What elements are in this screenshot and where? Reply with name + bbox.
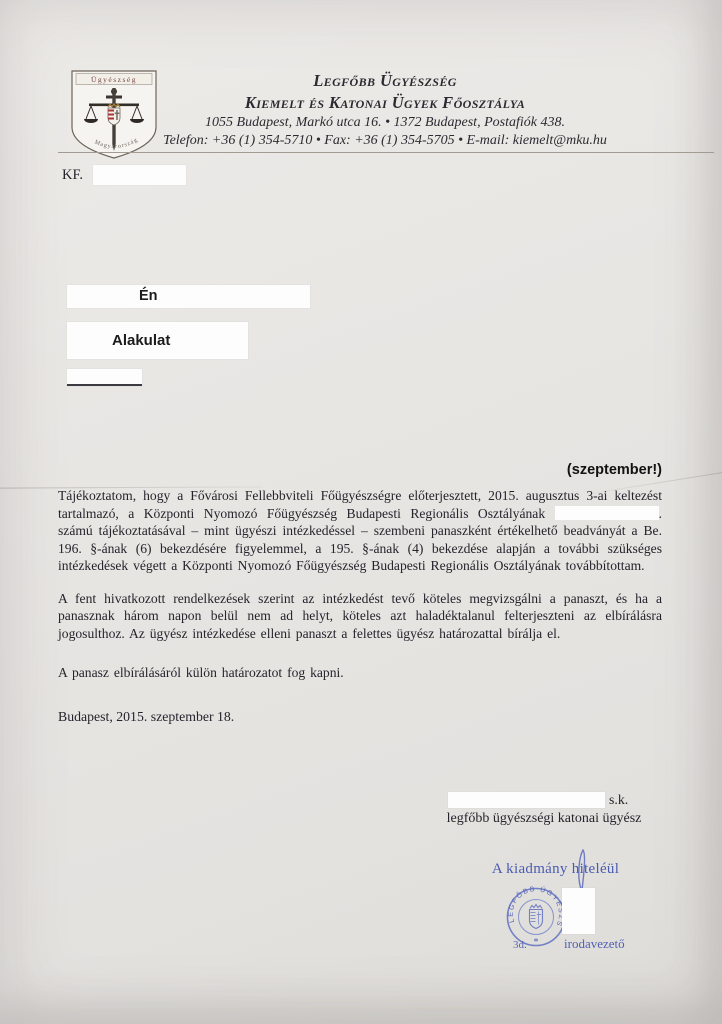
paragraph-1: Tájékoztatom, hogy a Fővárosi Fellebbvit… — [58, 487, 662, 575]
recipient-label-en: Én — [139, 288, 158, 304]
certification-label: A kiadmány hiteléül — [468, 861, 643, 878]
scanned-letter-page: Ügyészség Magyarország Legfőbb Ügyészség… — [0, 0, 722, 1024]
handwritten-annotation: (szeptember!) — [58, 462, 662, 480]
redaction-box-reference — [93, 165, 186, 185]
recipient-label-alakulat: Alakulat — [112, 332, 170, 349]
signer-title: legfőbb ügyészségi katonai ügyész — [424, 811, 664, 827]
signature-block: s.k. legfőbb ügyészségi katonai ügyész — [424, 792, 664, 827]
redaction-box-signer-name — [448, 792, 605, 808]
org-contact: Telefon: +36 (1) 354-5710 • Fax: +36 (1)… — [105, 132, 665, 150]
sk-suffix: s.k. — [609, 792, 628, 808]
redaction-box-recipient-address — [67, 369, 142, 386]
paragraph-2: A fent hivatkozott rendelkezések szerint… — [58, 590, 662, 643]
letterhead: Legfőbb Ügyészség Kiemelt és Katonai Ügy… — [105, 70, 665, 149]
redaction-box-recipient-name: Én — [67, 285, 310, 308]
letter-body: (szeptember!) Tájékoztatom, hogy a Fővár… — [58, 462, 662, 725]
redaction-box-case-number — [555, 506, 659, 520]
redaction-box-recipient-unit: Alakulat — [67, 322, 248, 359]
letterhead-divider — [58, 152, 714, 153]
reference-prefix: KF. — [62, 167, 83, 184]
stamp-note: 3d. — [513, 939, 527, 951]
org-name-line1: Legfőbb Ügyészség — [105, 70, 665, 92]
paragraph-3: A panasz elbírálásáról külön határozatot… — [58, 664, 662, 682]
redaction-box-clerk-signature — [562, 888, 595, 934]
clerk-title: irodavezető — [564, 936, 625, 952]
org-name-line2: Kiemelt és Katonai Ügyek Főosztálya — [105, 92, 665, 114]
stamp-star: * — [534, 937, 539, 948]
org-address: 1055 Budapest, Markó utca 16. • 1372 Bud… — [105, 114, 665, 132]
dateline: Budapest, 2015. szeptember 18. — [58, 709, 662, 725]
pen-stroke-icon — [570, 847, 596, 891]
